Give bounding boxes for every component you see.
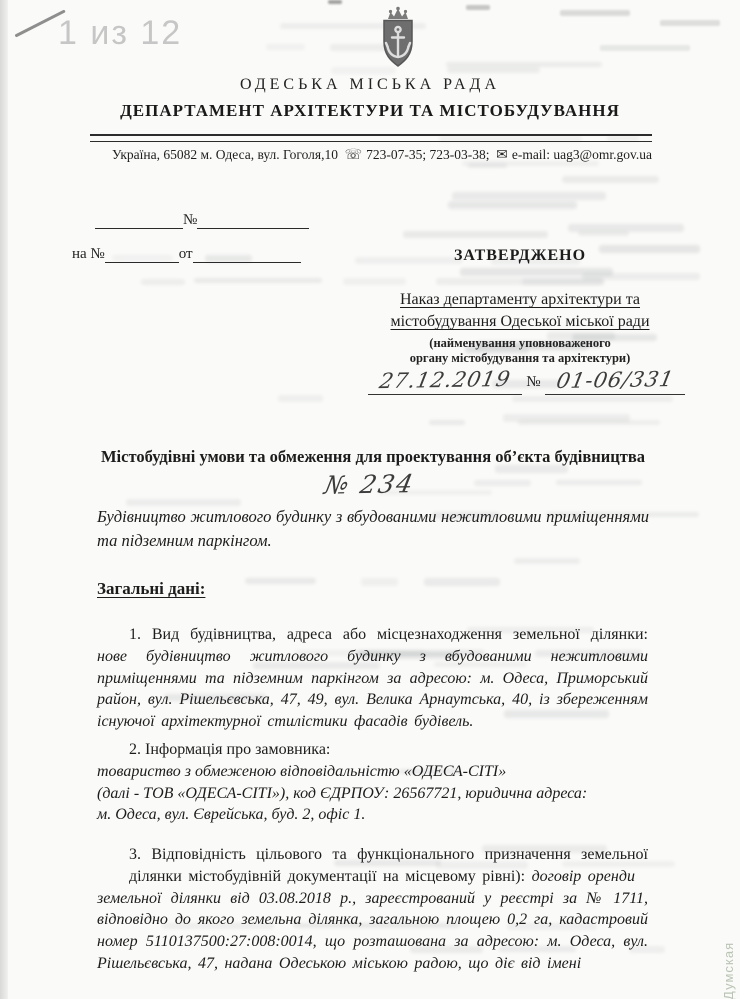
page-indicator: 1 из 12 — [58, 14, 182, 53]
incoming-number-line: на №от — [72, 246, 301, 263]
incoming-date-blank — [193, 247, 301, 263]
item1-lead: 1. Вид будівництва, адреса або місцезнах… — [129, 626, 648, 643]
on-number-label: на № — [72, 246, 105, 262]
approval-order-line2: містобудування Одеської міської ради — [352, 311, 688, 333]
number-sign: № — [183, 212, 197, 228]
org-phones-text: 723-07-35; 723-03-38; — [366, 147, 489, 162]
org-email: ✉e-mail: uag3@omr.gov.ua — [496, 147, 652, 163]
department-name: ДЕПАРТАМЕНТ АРХІТЕКТУРИ ТА МІСТОБУДУВАНН… — [20, 101, 720, 121]
outgoing-number-line: № — [95, 212, 309, 229]
item3-paragraph: 3. Відповідність цільового та функціонал… — [97, 844, 648, 975]
envelope-icon: ✉ — [496, 147, 508, 163]
outgoing-number-blank — [197, 213, 309, 229]
document-number: № 234 — [255, 470, 485, 499]
item2-line: (далі - ТОВ «ОДЕСА-СІТІ»), код ЄДРПОУ: 2… — [97, 783, 648, 805]
approved-heading: ЗАТВЕРДЖЕНО — [360, 247, 680, 265]
item1-detail: нове будівництво житлового будинку з вбу… — [97, 648, 648, 730]
number-sign: № — [526, 374, 540, 395]
scan-edge-shadow — [0, 0, 8, 999]
item3-detail-rest: земельної ділянки від 03.08.2018 р., зар… — [97, 888, 648, 975]
item2-paragraph: 2. Інформація про замовника: товариство … — [97, 739, 648, 826]
site-watermark: Думская — [721, 918, 736, 999]
org-name: ОДЕСЬКА МІСЬКА РАДА — [20, 76, 720, 94]
approval-note-line1: (найменування уповноваженого — [372, 336, 668, 351]
item2-line: м. Одеса, вул. Єврейська, буд. 2, офіс 1… — [97, 804, 648, 826]
contact-row: Україна, 65082 м. Одеса, вул. Гоголя,10 … — [90, 147, 652, 163]
approval-order: Наказ департаменту архітектури та містоб… — [352, 289, 688, 333]
document-title: Містобудівні умови та обмеження для прое… — [93, 447, 653, 467]
approval-order-line1: Наказ департаменту архітектури та — [352, 289, 688, 311]
approval-number-handwritten: 01-06/331 — [554, 367, 676, 393]
letterhead-divider-rule — [90, 134, 652, 142]
outgoing-date-blank — [95, 213, 183, 229]
odesa-coat-of-arms-icon — [368, 4, 428, 79]
document-number-handwritten: № 234 — [322, 469, 417, 500]
approval-number-underline: 01-06/331 — [545, 368, 686, 395]
from-label: от — [179, 246, 193, 262]
item2-line: товариство з обмеженою відповідальністю … — [97, 761, 648, 783]
approval-note-line2: органу містобудування та архітектури) — [372, 351, 668, 366]
org-phones: ☏723-07-35; 723-03-38; — [345, 147, 490, 163]
org-address: Україна, 65082 м. Одеса, вул. Гоголя,10 — [112, 147, 338, 163]
incoming-number-blank — [105, 247, 179, 263]
approval-date-underline: 27.12.2019 — [368, 368, 522, 395]
phone-icon: ☏ — [345, 147, 363, 163]
approval-date-handwritten: 27.12.2019 — [377, 367, 512, 393]
item2-lead: 2. Інформація про замовника: — [97, 739, 648, 761]
item3-lead-block: 3. Відповідність цільового та функціонал… — [129, 844, 648, 888]
approval-note: (найменування уповноваженого органу міст… — [372, 336, 668, 365]
item3-detail-intro: договір оренди — [532, 868, 635, 885]
item1-paragraph: 1. Вид будівництва, адреса або місцезнах… — [97, 624, 648, 733]
org-email-text: e-mail: uag3@omr.gov.ua — [512, 147, 652, 162]
approval-date-number: 27.12.2019№01-06/331 — [368, 368, 678, 395]
document-subtitle: Будівництво житлового будинку з вбудован… — [97, 505, 649, 552]
section-heading-general-data: Загальні дані: — [97, 579, 205, 599]
